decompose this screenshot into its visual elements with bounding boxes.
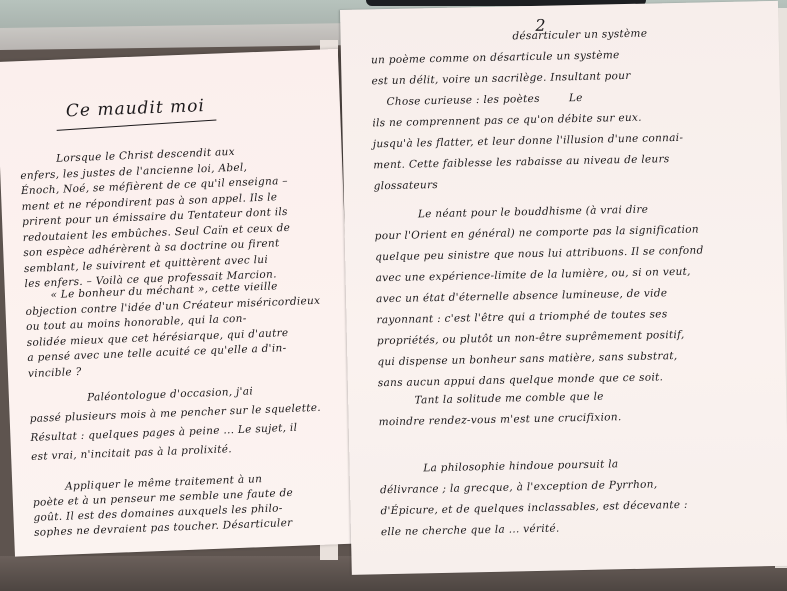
- paragraph-appliquer: Appliquer le même traitement à un poète …: [32, 471, 294, 541]
- manuscript-page-right: 2 désarticuler un système un poème comme…: [340, 1, 787, 575]
- paragraph-solitude: Tant la solitude me comble que le moindr…: [378, 386, 622, 433]
- paragraph-philosophie-hindoue: La philosophie hindoue poursuit la déliv…: [379, 453, 688, 543]
- title-underline: [57, 119, 217, 130]
- page-title: Ce maudit moi: [66, 96, 206, 121]
- paragraph-marcion: Lorsque le Christ descendit aux enfers, …: [20, 143, 293, 293]
- paragraph-poetes: désarticuler un système un poème comme o…: [370, 23, 684, 197]
- paragraph-paleontologue: Paléontologue d'occasion, j'ai passé plu…: [29, 380, 323, 467]
- paragraph-neant-bouddhisme: Le néant pour le bouddhisme (à vrai dire…: [374, 198, 706, 394]
- manuscript-page-left: Ce maudit moi Lorsque le Christ descendi…: [0, 49, 357, 557]
- paragraph-bonheur-du-mechant: « Le bonheur du méchant », cette vieille…: [25, 278, 323, 382]
